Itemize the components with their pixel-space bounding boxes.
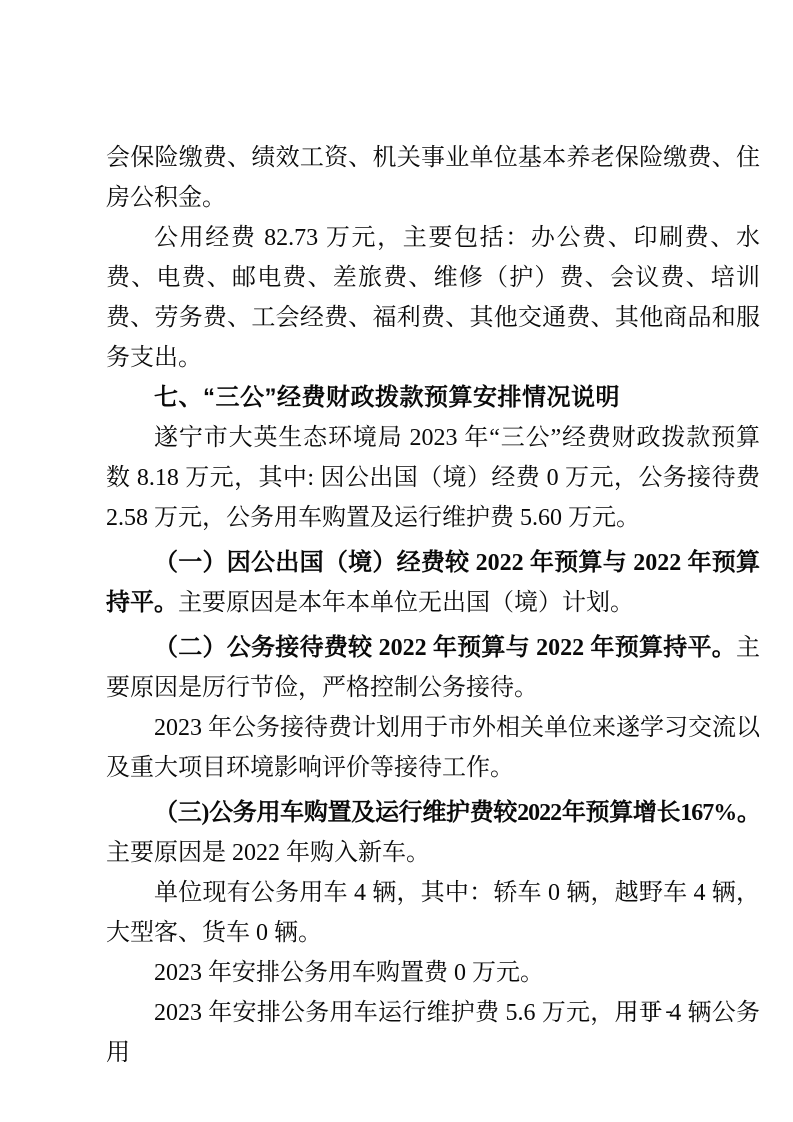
paragraph-carryover: 会保险缴费、绩效工资、机关事业单位基本养老保险缴费、住房公积金。 <box>106 138 760 218</box>
paragraph-sangong-summary: 遂宁市大英生态环境局 2023 年“三公”经费财政拨款预算数 8.18 万元，其… <box>106 418 760 538</box>
paragraph-section-one: （一）因公出国（境）经费较 2022 年预算与 2022 年预算持平。主要原因是… <box>106 543 760 623</box>
document-body: 会保险缴费、绩效工资、机关事业单位基本养老保险缴费、住房公积金。 公用经费 82… <box>106 138 760 1073</box>
page-number: - 11 - <box>600 998 700 1022</box>
section-two-lead: （二）公务接待费较 2022 年预算与 2022 年预算持平。 <box>154 635 736 661</box>
paragraph-public-funds: 公用经费 82.73 万元，主要包括：办公费、印刷费、水费、电费、邮电费、差旅费… <box>106 218 760 378</box>
paragraph-reception-plan: 2023 年公务接待费计划用于市外相关单位来遂学习交流以及重大项目环境影响评价等… <box>106 708 760 788</box>
paragraph-purchase-2023: 2023 年安排公务用车购置费 0 万元。 <box>106 953 760 993</box>
paragraph-section-three: （三)公务用车购置及运行维护费较2022年预算增长167%。主要原因是 2022… <box>106 793 760 873</box>
document-page: 会保险缴费、绩效工资、机关事业单位基本养老保险缴费、住房公积金。 公用经费 82… <box>0 0 793 1122</box>
paragraph-section-two: （二）公务接待费较 2022 年预算与 2022 年预算持平。主要原因是厉行节俭… <box>106 628 760 708</box>
section-one-text: 主要原因是本年本单位无出国（境）计划。 <box>178 590 634 616</box>
section-three-lead: （三)公务用车购置及运行维护费较2022年预算增长167%。 <box>154 800 760 826</box>
section-heading-seven: 七、“三公”经费财政拨款预算安排情况说明 <box>106 378 760 418</box>
paragraph-vehicles-current: 单位现有公务用车 4 辆，其中：轿车 0 辆，越野车 4 辆，大型客、货车 0 … <box>106 873 760 953</box>
section-three-text: 主要原因是 2022 年购入新车。 <box>106 840 430 866</box>
